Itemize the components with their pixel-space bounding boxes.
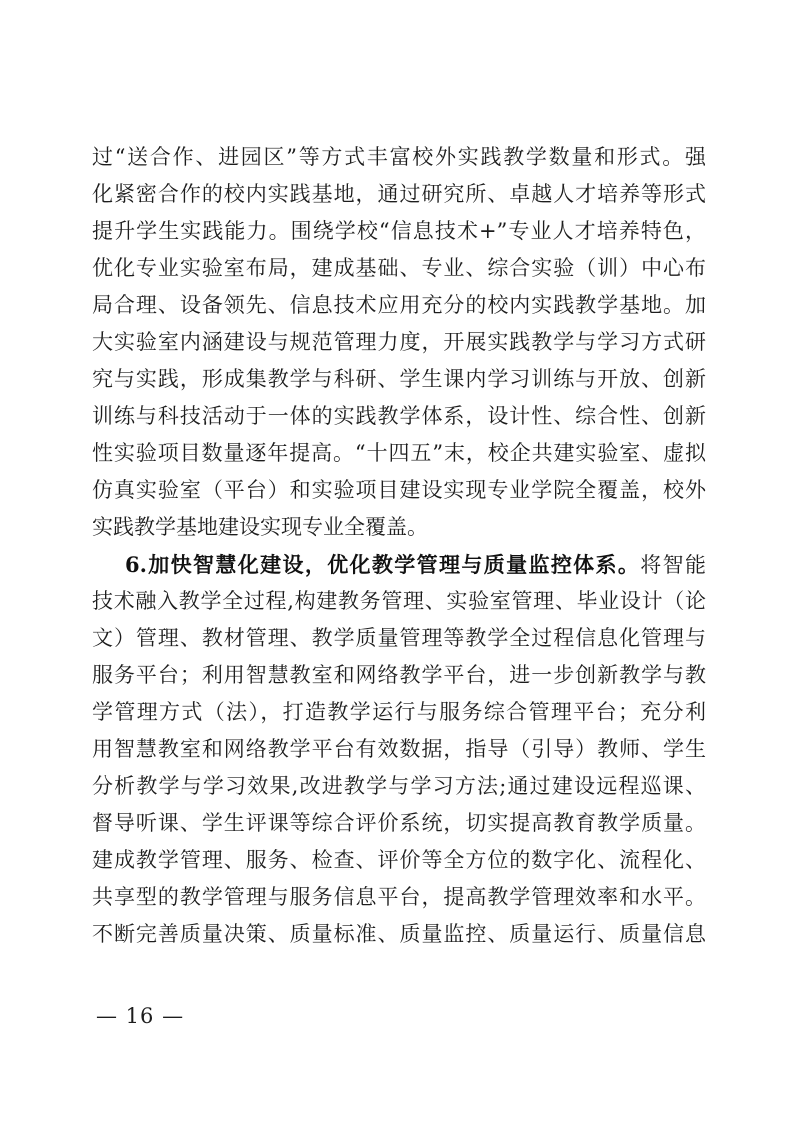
text-line: 分析教学与学习效果,改进教学与学习方法;通过建设远程巡课、 <box>92 768 706 805</box>
paragraph-2: 6.加快智慧化建设，优化教学管理与质量监控体系。将智能 技术融入教学全过程,构建… <box>92 546 706 953</box>
text-line: 用智慧教室和网络教学平台有效数据，指导（引导）教师、学生 <box>92 731 706 768</box>
paragraph-2-heading: 6.加快智慧化建设，优化教学管理与质量监控体系。 <box>125 552 640 577</box>
text-line: 不断完善质量决策、质量标准、质量监控、质量运行、质量信息 <box>92 916 706 953</box>
text-line: 实践教学基地建设实现专业全覆盖。 <box>92 509 706 546</box>
paragraph-1: 过“送合作、进园区”等方式丰富校外实践教学数量和形式。强化紧密合作的校内实践基地… <box>92 139 706 546</box>
text-line: 提升学生实践能力。围绕学校“信息技术+”专业人才培养特色， <box>92 213 706 250</box>
paragraph-2-lines: 技术融入教学全过程,构建教务管理、实验室管理、毕业设计（论文）管理、教材管理、教… <box>92 583 706 953</box>
text-line: 过“送合作、进园区”等方式丰富校外实践教学数量和形式。强 <box>92 139 706 176</box>
text-line: 优化专业实验室布局，建成基础、专业、综合实验（训）中心布 <box>92 250 706 287</box>
text-line: 技术融入教学全过程,构建教务管理、实验室管理、毕业设计（论 <box>92 583 706 620</box>
text-line: 性实验项目数量逐年提高。“十四五”末，校企共建实验室、虚拟 <box>92 435 706 472</box>
body-text: 过“送合作、进园区”等方式丰富校外实践教学数量和形式。强化紧密合作的校内实践基地… <box>92 139 706 953</box>
text-line: 文）管理、教材管理、教学质量管理等教学全过程信息化管理与 <box>92 620 706 657</box>
page-number: — 16 — <box>96 1002 184 1030</box>
paragraph-2-first-line: 6.加快智慧化建设，优化教学管理与质量监控体系。将智能 <box>92 546 706 583</box>
text-line: 训练与科技活动于一体的实践教学体系，设计性、综合性、创新 <box>92 398 706 435</box>
text-line: 化紧密合作的校内实践基地，通过研究所、卓越人才培养等形式 <box>92 176 706 213</box>
text-line: 大实验室内涵建设与规范管理力度，开展实践教学与学习方式研 <box>92 324 706 361</box>
text-line: 服务平台；利用智慧教室和网络教学平台，进一步创新教学与教 <box>92 657 706 694</box>
text-line: 究与实践，形成集教学与科研、学生课内学习训练与开放、创新 <box>92 361 706 398</box>
text-line: 仿真实验室（平台）和实验项目建设实现专业学院全覆盖，校外 <box>92 472 706 509</box>
text-line: 学管理方式（法），打造教学运行与服务综合管理平台；充分利 <box>92 694 706 731</box>
paragraph-2-heading-tail: 将智能 <box>640 553 706 577</box>
text-line: 督导听课、学生评课等综合评价系统，切实提高教育教学质量。 <box>92 805 706 842</box>
text-line: 局合理、设备领先、信息技术应用充分的校内实践教学基地。加 <box>92 287 706 324</box>
text-line: 共享型的教学管理与服务信息平台，提高教学管理效率和水平。 <box>92 879 706 916</box>
document-page: 过“送合作、进园区”等方式丰富校外实践教学数量和形式。强化紧密合作的校内实践基地… <box>0 0 793 1122</box>
text-line: 建成教学管理、服务、检查、评价等全方位的数字化、流程化、 <box>92 842 706 879</box>
